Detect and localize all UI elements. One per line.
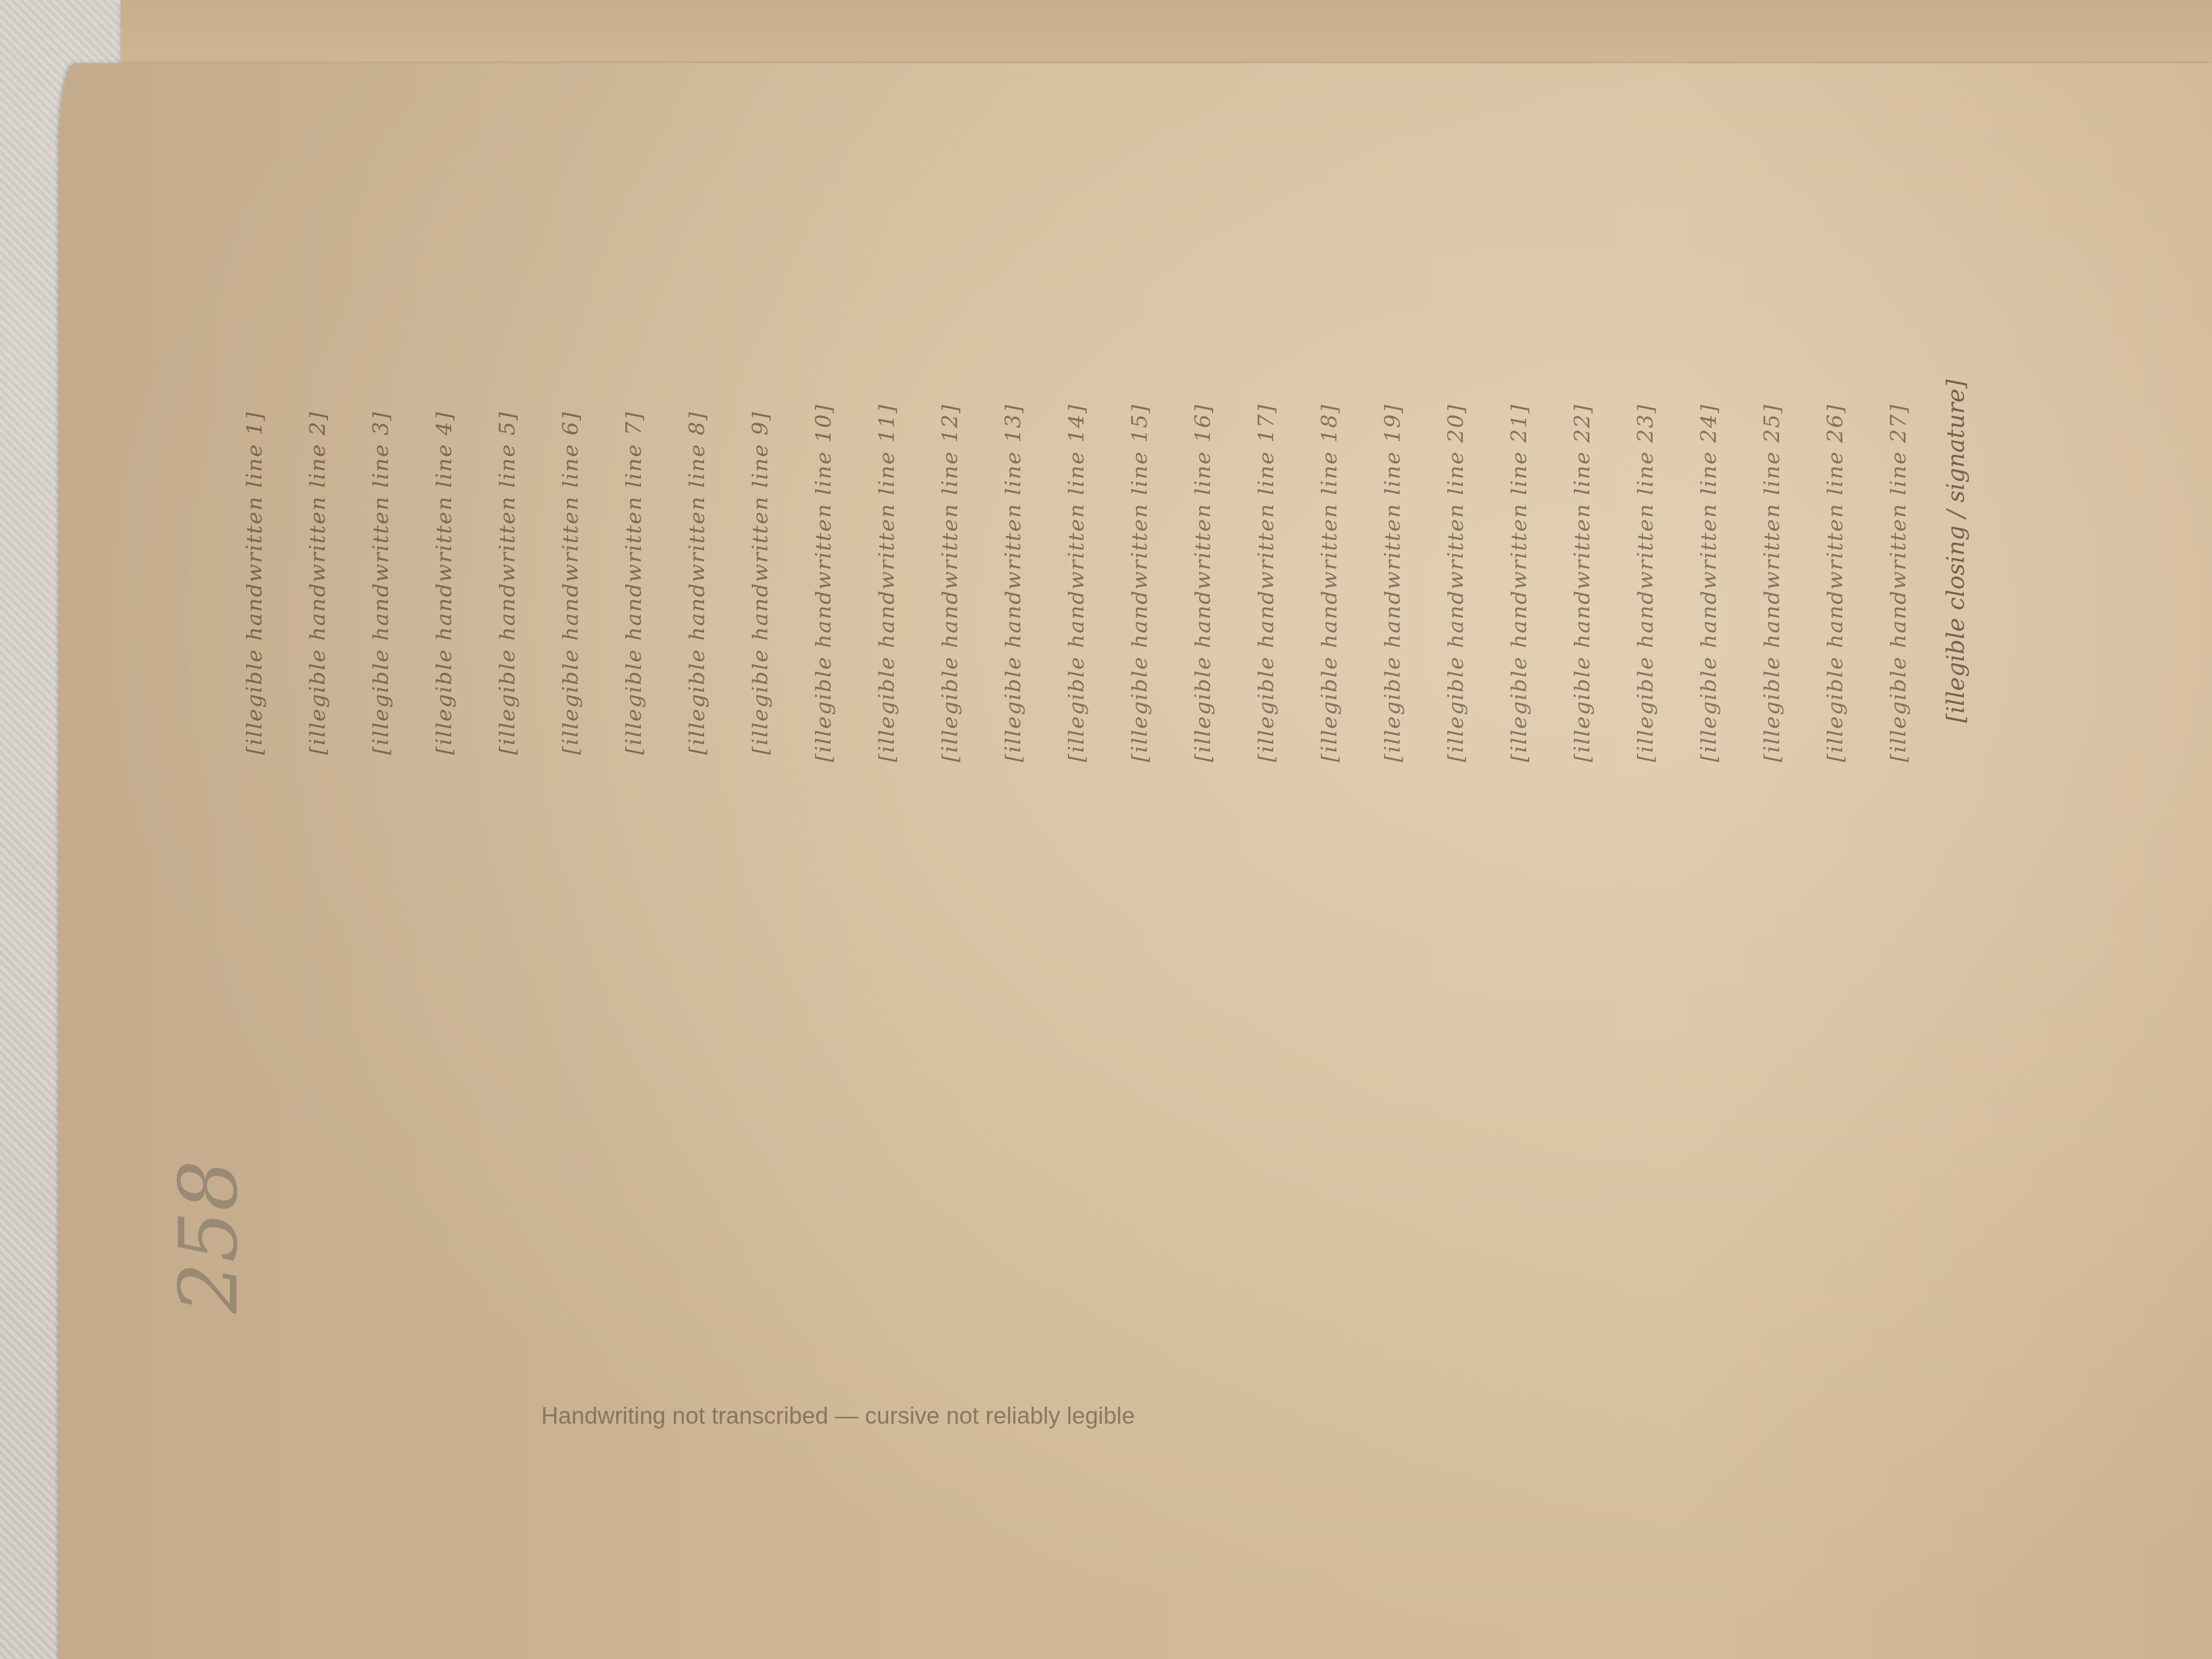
handwritten-line-text: [illegible handwritten line 12] [938,404,962,763]
handwritten-line: [illegible handwritten line 21] [1490,128,1549,1038]
handwritten-line: [illegible handwritten line 19] [1363,128,1422,1038]
handwritten-line-text: [illegible handwritten line 7] [622,411,646,754]
handwritten-line: [illegible handwritten line 2] [288,128,347,1038]
handwritten-line-text: [illegible handwritten line 17] [1254,404,1279,763]
handwritten-line: [illegible handwritten line 10] [794,128,853,1038]
handwritten-line: [illegible handwritten line 25] [1743,128,1802,1038]
handwritten-line-text: [illegible handwritten line 8] [685,411,709,754]
handwritten-line: [illegible handwritten line 5] [478,128,537,1038]
handwritten-line: [illegible handwritten line 24] [1679,128,1738,1038]
handwritten-line-text: [illegible handwritten line 25] [1760,404,1784,763]
handwritten-line: [illegible handwritten line 14] [1047,128,1106,1038]
handwritten-line-text: [illegible handwritten line 27] [1886,404,1911,763]
handwritten-line: [illegible handwritten line 15] [1110,128,1169,1038]
handwritten-line-text: [illegible handwritten line 16] [1191,404,1215,763]
photo-scene: 258 [illegible handwritten line 1][illeg… [0,0,2212,1659]
handwritten-line-text: [illegible handwritten line 15] [1127,404,1152,763]
handwritten-line-text: [illegible handwritten line 6] [558,411,583,754]
handwritten-line-text: [illegible handwritten line 20] [1444,404,1468,763]
handwritten-line-text: [illegible handwritten line 11] [875,404,899,763]
transcription-note: Handwriting not transcribed — cursive no… [541,1403,1135,1430]
handwritten-line: [illegible handwritten line 16] [1174,128,1232,1038]
closing-signature: [illegible closing / signature] [1924,203,1988,899]
handwritten-line-text: [illegible handwritten line 1] [242,411,267,754]
handwritten-line: [illegible handwritten line 23] [1616,128,1675,1038]
letter-page: 258 [illegible handwritten line 1][illeg… [59,63,2212,1659]
handwritten-line: [illegible handwritten line 8] [668,128,727,1038]
handwritten-line: [illegible handwritten line 18] [1300,128,1359,1038]
handwritten-line-text: [illegible handwritten line 2] [305,411,330,754]
handwritten-line-text: [illegible handwritten line 24] [1697,404,1721,763]
page-number-text: 258 [162,1160,256,1313]
handwritten-body: [illegible handwritten line 1][illegible… [225,128,2208,1038]
handwritten-line: [illegible handwritten line 22] [1553,128,1612,1038]
handwritten-line-text: [illegible handwritten line 9] [748,411,773,754]
handwritten-line: [illegible handwritten line 4] [415,128,474,1038]
handwritten-line: [illegible handwritten line 6] [541,128,600,1038]
handwritten-line-text: [illegible handwritten line 4] [432,411,457,754]
handwritten-line: [illegible handwritten line 11] [857,128,916,1038]
handwritten-line: [illegible handwritten line 3] [352,128,410,1038]
handwritten-line-text: [illegible handwritten line 14] [1064,404,1089,763]
handwritten-line: [illegible handwritten line 9] [731,128,790,1038]
handwritten-line-text: [illegible handwritten line 21] [1507,404,1531,763]
handwritten-line: [illegible handwritten line 7] [604,128,663,1038]
handwritten-line: [illegible handwritten line 26] [1806,128,1865,1038]
page-number: 258 [166,1146,252,1328]
handwritten-line: [illegible handwritten line 27] [1869,128,1928,1038]
handwritten-line: [illegible handwritten line 17] [1237,128,1296,1038]
handwritten-line-text: [illegible handwritten line 22] [1570,404,1595,763]
handwritten-line-text: [illegible handwritten line 13] [1001,404,1026,763]
handwritten-line-text: [illegible handwritten line 3] [369,411,393,754]
handwritten-line-text: [illegible handwritten line 23] [1633,404,1658,763]
handwritten-line: [illegible handwritten line 12] [921,128,980,1038]
handwritten-line-text: [illegible handwritten line 5] [495,411,520,754]
handwritten-line: [illegible handwritten line 1] [225,128,284,1038]
handwritten-line-text: [illegible handwritten line 18] [1317,404,1342,763]
handwritten-line-text: [illegible handwritten line 19] [1380,404,1405,763]
closing-text: [illegible closing / signature] [1942,379,1970,723]
handwritten-line-text: [illegible handwritten line 10] [811,404,836,763]
handwritten-line: [illegible handwritten line 20] [1426,128,1485,1038]
handwritten-line: [illegible handwritten line 13] [984,128,1043,1038]
handwritten-line-text: [illegible handwritten line 26] [1823,404,1848,763]
